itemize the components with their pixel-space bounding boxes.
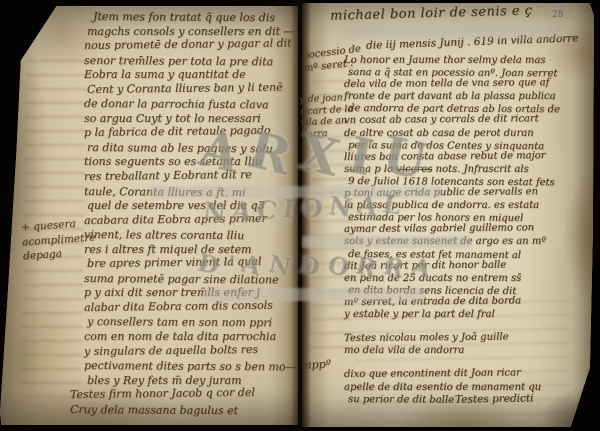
left-margin-notes: + quesera acomplimetre depaga [21,215,97,264]
manuscript-line: nous prometē de donar y pagar al dit [84,36,297,53]
manuscript-line: mo dela vila de andorra [344,345,560,357]
manuscript-line: de donar la parrochia fusta clava [84,97,297,113]
manuscript-line: aymar dest vilas gabriel guillemo con [344,222,560,236]
manuscript-line: p la fabrica de dit retaule pagado [84,124,297,141]
manuscript-line: en pena de 25 ducats no entrem ss̄ [344,273,560,285]
manuscript-photo: Jtem mes fon tratat q̃ que los dismagchs… [0,0,600,431]
manuscript-line: de altre cosat ab casa de perot duran [344,128,560,140]
right-margin-note-appeal: appº [305,357,331,371]
manuscript-line: Testes nicolau moles y Joā guille [344,331,560,345]
manuscript-line: vinent, les altres coranta lliu [84,228,297,244]
closing-line: Testes predicti [455,392,534,405]
manuscript-line: y estable y per la part del fral [344,309,560,321]
folio-number: 28 [552,10,563,20]
left-page-text: Jtem mes fon tratat q̃ que los dismagchs… [84,10,297,417]
manuscript-line: mº serret, la entrada de dita borda [344,295,560,309]
manuscript-line: fronte de part davant ab la plassa publi… [344,91,560,103]
manuscript-line: lliures ban consta abase rebut de major [344,150,560,164]
manuscript-line: Cent y Coranta lliures ban y li tenē [87,80,297,97]
manuscript-line: suma prometē pagar sine dilatione [84,272,297,288]
manuscript-line: p toni auge crida public de servalls en [344,186,560,200]
manuscript-line: taule, Coranta lliures a ft. mi [84,185,297,201]
manuscript-line: sols y estene sansenet de argo es an mº [344,236,560,248]
right-page-text: Lo honor en Jaume thor selmy dela massan… [344,55,560,406]
manuscript-line: alabar dita Eobra com dis consols [84,298,297,315]
manuscript-line: Lo honor en Jaume thor selmy dela mas [344,55,560,67]
manuscript-line: senor trem̄lles per tota la pre dita [84,54,297,70]
manuscript-line: res treballant y Eobrant dit re [84,167,297,184]
manuscript-line: dixo que encontinent dit Joan ricar [344,368,560,382]
manuscript-line: acabara dita Eobra apres primer [84,211,297,228]
manuscript-line: dela vila de mon tella de vna sero que a… [344,77,560,91]
manuscript-line: suma p lo v̶i̶c̶e̶r̶e̶s̶ nots. Jnfrascri… [344,164,560,176]
manuscript-line: dit Joā ricart per dit honor balle [344,259,560,273]
manuscript-line: Jtem mes fon tratat q̃ que los dis [93,10,297,26]
manuscript-line: Cruy dela massana bagulus et [70,403,297,419]
manuscript-line: la plassa publica de andorra. es estata [344,200,560,212]
manuscript-line: ra dita suma ab les pagues y solu [87,141,297,157]
manuscript-line: bre apres primer vinent la qual [87,255,297,272]
manuscript-line: y singulars de aquella bolts res [84,342,297,359]
manuscript-line: y consellers tam en son nom ppri [87,315,297,331]
manuscript-line: Testes firm honor Jacob q cor del [70,385,297,402]
manuscript-line: pectivament dites parts so s ben mo— [84,359,297,375]
manuscript-line: vn cosat ab casa y corrals de dit ricart [344,114,560,128]
